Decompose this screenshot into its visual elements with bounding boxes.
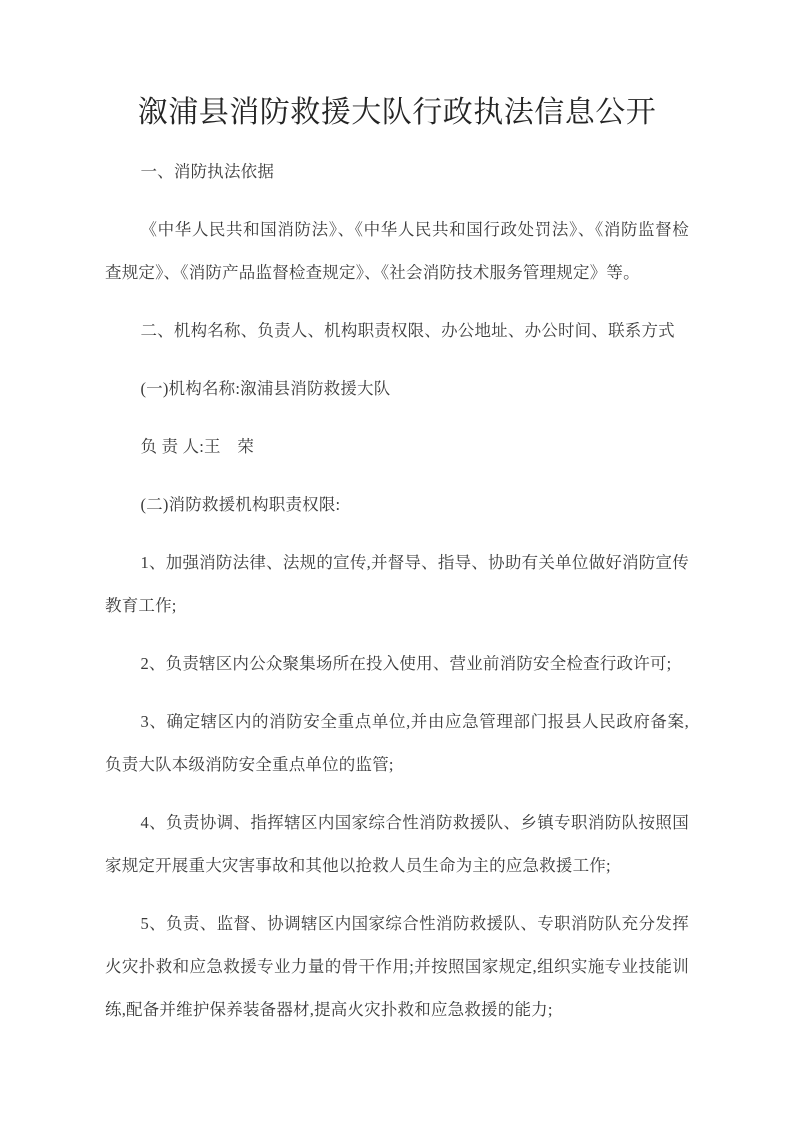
paragraph-org-name: (一)机构名称:溆浦县消防救援大队 — [105, 367, 689, 410]
document-page: 溆浦县消防救援大队行政执法信息公开 一、消防执法依据 《中华人民共和国消防法》、… — [0, 0, 793, 1122]
section-heading-law-basis: 一、消防执法依据 — [105, 150, 689, 193]
paragraph-duty-5: 5、负责、监督、协调辖区内国家综合性消防救援队、专职消防队充分发挥火灾扑救和应急… — [105, 902, 689, 1031]
paragraph-person-in-charge: 负 责 人:王 荣 — [105, 425, 689, 468]
paragraph-law-list: 《中华人民共和国消防法》、《中华人民共和国行政处罚法》、《消防监督检查规定》、《… — [105, 208, 689, 294]
document-body: 一、消防执法依据 《中华人民共和国消防法》、《中华人民共和国行政处罚法》、《消防… — [105, 150, 689, 1031]
paragraph-duty-4: 4、负责协调、指挥辖区内国家综合性消防救援队、乡镇专职消防队按照国家规定开展重大… — [105, 801, 689, 887]
paragraph-duty-2: 2、负责辖区内公众聚集场所在投入使用、营业前消防安全检查行政许可; — [105, 642, 689, 685]
paragraph-duty-3: 3、确定辖区内的消防安全重点单位,并由应急管理部门报县人民政府备案,负责大队本级… — [105, 700, 689, 786]
document-title: 溆浦县消防救援大队行政执法信息公开 — [105, 92, 689, 134]
paragraph-duty-1: 1、加强消防法律、法规的宣传,并督导、指导、协助有关单位做好消防宣传教育工作; — [105, 541, 689, 627]
subsection-heading-duties: (二)消防救援机构职责权限: — [105, 483, 689, 526]
section-heading-org-info: 二、机构名称、负责人、机构职责权限、办公地址、办公时间、联系方式 — [105, 309, 689, 352]
